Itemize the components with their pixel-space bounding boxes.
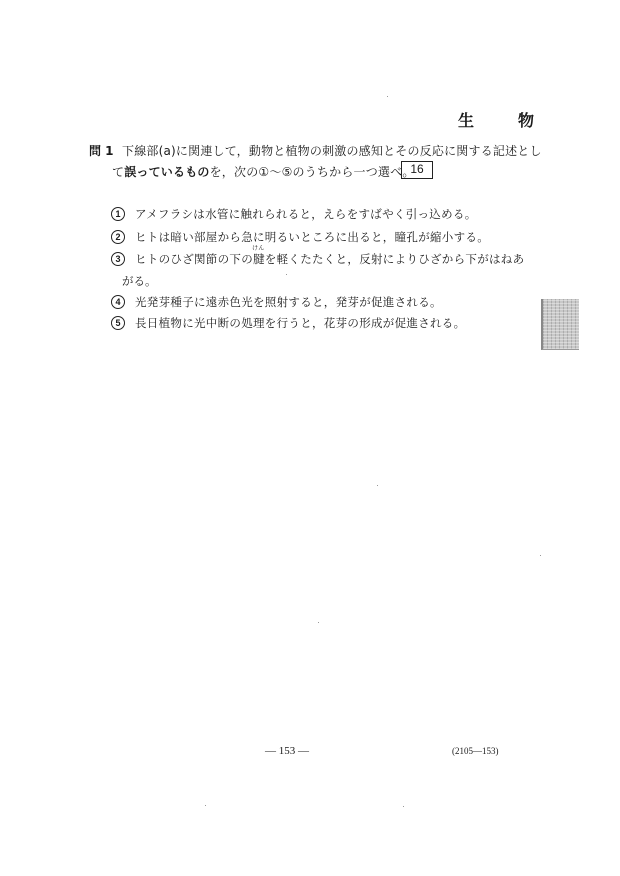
option-text-part: ヒトのひざ関節の下の — [135, 252, 253, 266]
section-tab-marker — [541, 299, 579, 350]
option-number-5: 5 — [111, 316, 125, 330]
ruby-reading: けん — [252, 243, 265, 252]
option-number-4: 4 — [111, 295, 125, 309]
option-3[interactable]: 3ヒトのひざ関節の下のけん腱を軽くたたくと，反射によりひざから下がはねあ — [111, 251, 524, 267]
document-code: (2105―153) — [452, 746, 499, 756]
option-text: ヒトのひざ関節の下のけん腱を軽くたたくと，反射によりひざから下がはねあ — [135, 252, 524, 266]
question-line2-suffix: を，次の①～⑤のうちから一つ選べ。 — [210, 165, 415, 179]
option-number-3: 3 — [111, 252, 125, 266]
question-text-line1: 下線部(a)に関連して，動物と植物の刺激の感知とその反応に関する記述とし — [122, 142, 542, 159]
subject-title: 生 物 — [458, 108, 548, 131]
option-2[interactable]: 2ヒトは暗い部屋から急に明るいところに出ると，瞳孔が縮小する。 — [111, 229, 489, 245]
option-4[interactable]: 4光発芽種子に遠赤色光を照射すると，発芽が促進される。 — [111, 294, 442, 310]
option-text: 光発芽種子に遠赤色光を照射すると，発芽が促進される。 — [135, 295, 442, 309]
scan-speck — [387, 96, 388, 97]
question-label: 問 1 — [89, 142, 114, 159]
scan-speck — [286, 274, 287, 275]
question-text-line2: て誤っているものを，次の①～⑤のうちから一つ選べ。 — [112, 163, 415, 180]
option-5[interactable]: 5長日植物に光中断の処理を行うと，花芽の形成が促進される。 — [111, 315, 465, 331]
option-1[interactable]: 1アメフラシは水管に触れられると，えらをすばやく引っ込める。 — [111, 206, 477, 222]
question-line2-prefix: て — [112, 165, 124, 179]
option-text: アメフラシは水管に触れられると，えらをすばやく引っ込める。 — [135, 207, 477, 221]
ruby-annotation: けん腱 — [253, 251, 265, 267]
option-number-2: 2 — [111, 230, 125, 244]
scan-speck — [403, 806, 404, 807]
option-3-continuation: がる。 — [122, 273, 157, 289]
question-emphasis: 誤っているもの — [124, 165, 209, 179]
option-number-1: 1 — [111, 207, 125, 221]
answer-box[interactable]: 16 — [401, 161, 433, 179]
option-text-part: を軽くたたくと，反射によりひざから下がはねあ — [265, 252, 525, 266]
scan-speck — [540, 555, 541, 556]
scan-speck — [377, 485, 378, 486]
scan-speck — [318, 622, 319, 623]
page-number: ― 153 ― — [265, 745, 309, 757]
scan-speck — [205, 805, 206, 806]
ruby-base: 腱 — [253, 252, 265, 266]
option-text: 長日植物に光中断の処理を行うと，花芽の形成が促進される。 — [135, 316, 465, 330]
option-text: ヒトは暗い部屋から急に明るいところに出ると，瞳孔が縮小する。 — [135, 230, 489, 244]
